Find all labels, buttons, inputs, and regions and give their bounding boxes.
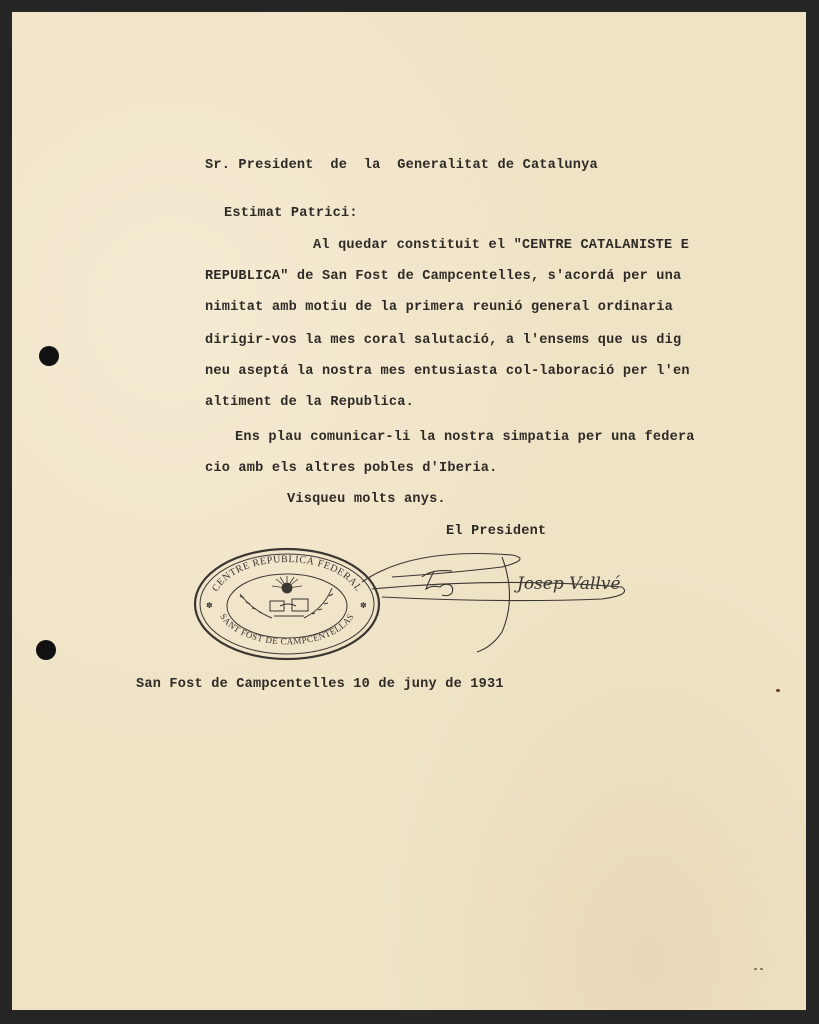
- punch-hole-top: [39, 346, 59, 366]
- body-line-1: Al quedar constituit el "CENTRE CATALANI…: [313, 238, 689, 253]
- body-line-4: dirigir-vos la mes coral salutació, a l'…: [205, 333, 681, 348]
- body-line-5: neu aseptá la nostra mes entusiasta col-…: [205, 364, 690, 379]
- letter-page: Sr. President de la Generalitat de Catal…: [12, 12, 806, 1010]
- body-line-8: cio amb els altres pobles d'Iberia.: [205, 461, 498, 476]
- signature-name: Josep Vallvé: [514, 574, 621, 594]
- place-and-date: San Fost de Campcentelles 10 de juny de …: [136, 677, 504, 692]
- handshake-icon: [270, 599, 308, 616]
- body-line-2: REPUBLICA" de San Fost de Campcentelles,…: [205, 269, 681, 284]
- punch-hole-bottom: [36, 640, 56, 660]
- body-line-6: altiment de la Republica.: [205, 395, 414, 410]
- addressee-line: Sr. President de la Generalitat de Catal…: [205, 158, 598, 173]
- signature: Josep Vallvé: [352, 537, 632, 657]
- closing-wish: Visqueu molts anys.: [287, 492, 446, 507]
- stamp-star-left-icon: ✽: [206, 601, 213, 610]
- paper-mark: [754, 968, 757, 970]
- body-line-7: Ens plau comunicar-li la nostra simpatia…: [235, 430, 695, 445]
- body-line-3: nimitat amb motiu de la primera reunió g…: [205, 300, 673, 315]
- paper-mark: [760, 968, 763, 970]
- sun-emblem-icon: [272, 576, 302, 593]
- stamp-bottom-text: SANT FOST DE CAMPCENTELLAS: [218, 612, 356, 647]
- ink-spot: [776, 689, 780, 692]
- salutation: Estimat Patrici:: [224, 206, 358, 221]
